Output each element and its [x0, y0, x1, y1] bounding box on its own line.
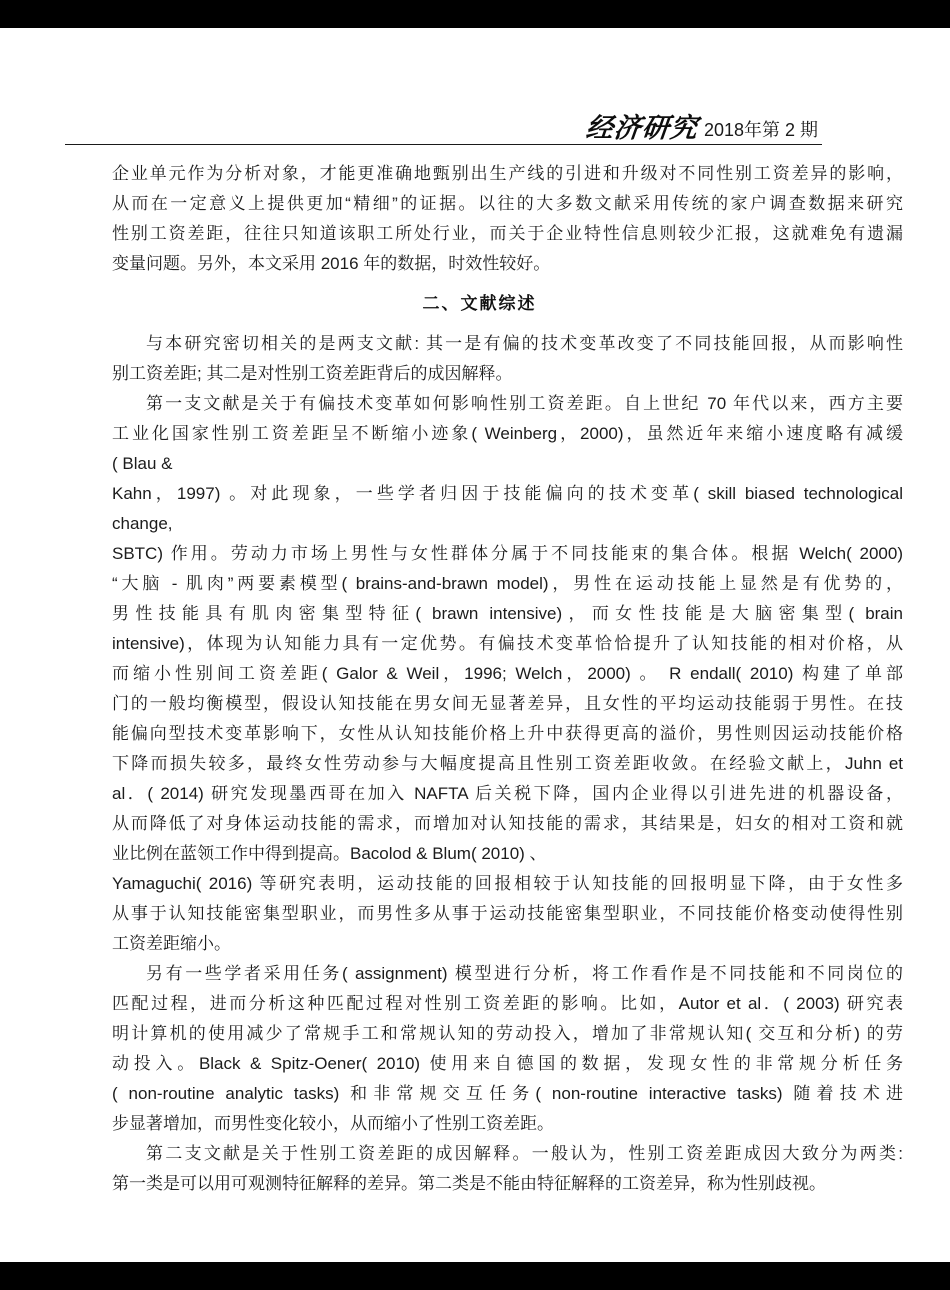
- paragraph-task-model: 另有一些学者采用任务( assignment) 模型进行分析，将工作看作是不同技…: [112, 959, 903, 1139]
- text-line: 从而降低了对身体运动技能的需求，而增加对认知技能的需求，其结果是，妇女的相对工资…: [112, 809, 903, 839]
- text-line: Kahn，1997) 。对此现象，一些学者归因于技能偏向的技术变革( skill…: [112, 479, 903, 509]
- text-line: 下降而损失较多，最终女性劳动参与大幅度提高且性别工资差距收敛。在经验文献上，Ju…: [112, 749, 903, 779]
- text-line: 匹配过程，进而分析这种匹配过程对性别工资差距的影响。比如，Autor et al…: [112, 989, 903, 1019]
- paragraph-second-strand: 第二支文献是关于性别工资差距的成因解释。一般认为，性别工资差距成因大致分为两类:…: [112, 1139, 903, 1199]
- text-line: “大脑 - 肌肉”两要素模型( brains-and-brawn model)，…: [112, 569, 903, 599]
- document-page: 经济研究 2018年第 2 期 企业单元作为分析对象，才能更准确地甄别出生产线的…: [0, 28, 950, 1262]
- text-line: 门的一般均衡模型，假设认知技能在男女间无显著差异，且女性的平均运动技能弱于男性。…: [112, 689, 903, 719]
- top-black-bar: [0, 0, 950, 28]
- journal-header-row: 经济研究 2018年第 2 期: [65, 112, 822, 145]
- text-line: 与本研究密切相关的是两支文献: 其一是有偏的技术变革改变了不同技能回报，从而影响…: [112, 329, 903, 359]
- text-line: 从事于认知技能密集型职业，而男性多从事于运动技能密集型职业，不同技能价格变动使得…: [112, 899, 903, 929]
- text-line: 性别工资差距，往往只知道该职工所处行业，而关于企业特性信息则较少汇报，这就难免有…: [112, 219, 903, 249]
- paragraph-sbtc: SBTC) 作用。劳动力市场上男性与女性群体分属于不同技能束的集合体。根据 We…: [112, 539, 903, 959]
- text-line: 业比例在蓝领工作中得到提高。Bacolod & Blum( 2010) 、: [112, 839, 903, 869]
- text-line: 变量问题。另外，本文采用 2016 年的数据，时效性较好。: [112, 249, 903, 279]
- paragraph-intro: 与本研究密切相关的是两支文献: 其一是有偏的技术变革改变了不同技能回报，从而影响…: [112, 329, 903, 389]
- text-line: al．( 2014) 研究发现墨西哥在加入 NAFTA 后关税下降，国内企业得以…: [112, 779, 903, 809]
- article-body: 企业单元作为分析对象，才能更准确地甄别出生产线的引进和升级对不同性别工资差异的影…: [0, 159, 950, 1199]
- text-line: 能偏向型技术变革影响下，女性从认知技能价格上升中获得更高的溢价，男性则因运动技能…: [112, 719, 903, 749]
- section-heading: 二、文献综述: [112, 289, 847, 319]
- text-line: 明计算机的使用减少了常规手工和常规认知的劳动投入，增加了非常规认知( 交互和分析…: [112, 1019, 903, 1049]
- text-line: change,: [112, 509, 903, 539]
- paragraph-continuation: 企业单元作为分析对象，才能更准确地甄别出生产线的引进和升级对不同性别工资差异的影…: [112, 159, 903, 279]
- text-line: 从而在一定意义上提供更加“精细”的证据。以往的大多数文献采用传统的家户调查数据来…: [112, 189, 903, 219]
- text-line: 工业化国家性别工资差距呈不断缩小迹象( Weinberg，2000)，虽然近年来…: [112, 419, 903, 449]
- journal-logo: 经济研究: [584, 115, 699, 143]
- text-line: SBTC) 作用。劳动力市场上男性与女性群体分属于不同技能束的集合体。根据 We…: [112, 539, 903, 569]
- text-line: 而缩小性别间工资差距( Galor & Weil，1996; Welch，200…: [112, 659, 903, 689]
- text-line: 动投入。Black & Spitz-Oener( 2010) 使用来自德国的数据…: [112, 1049, 903, 1079]
- text-line: 步显著增加，而男性变化较小，从而缩小了性别工资差距。: [112, 1109, 903, 1139]
- text-line: 工资差距缩小。: [112, 929, 903, 959]
- journal-header: 经济研究 2018年第 2 期: [65, 28, 822, 145]
- text-line: Yamaguchi( 2016) 等研究表明，运动技能的回报相较于认知技能的回报…: [112, 869, 903, 899]
- paragraph-first-strand: 第一支文献是关于有偏技术变革如何影响性别工资差距。自上世纪 70 年代以来，西方…: [112, 389, 903, 539]
- text-line: intensive)，体现为认知能力具有一定优势。有偏技术变革恰恰提升了认知技能…: [112, 629, 903, 659]
- text-line: ( Blau &: [112, 449, 903, 479]
- text-line: 第一支文献是关于有偏技术变革如何影响性别工资差距。自上世纪 70 年代以来，西方…: [112, 389, 903, 419]
- issue-label: 2018年第 2 期: [704, 117, 818, 143]
- text-line: 另有一些学者采用任务( assignment) 模型进行分析，将工作看作是不同技…: [112, 959, 903, 989]
- text-line: 企业单元作为分析对象，才能更准确地甄别出生产线的引进和升级对不同性别工资差异的影…: [112, 159, 903, 189]
- bottom-black-bar: [0, 1262, 950, 1290]
- text-line: 第一类是可以用可观测特征解释的差异。第二类是不能由特征解释的工资差异，称为性别歧…: [112, 1169, 903, 1199]
- text-line: 男性技能具有肌肉密集型特征( brawn intensive)，而女性技能是大脑…: [112, 599, 903, 629]
- text-line: 第二支文献是关于性别工资差距的成因解释。一般认为，性别工资差距成因大致分为两类:: [112, 1139, 903, 1169]
- text-line: ( non-routine analytic tasks) 和非常规交互任务( …: [112, 1079, 903, 1109]
- text-line: 别工资差距; 其二是对性别工资差距背后的成因解释。: [112, 359, 903, 389]
